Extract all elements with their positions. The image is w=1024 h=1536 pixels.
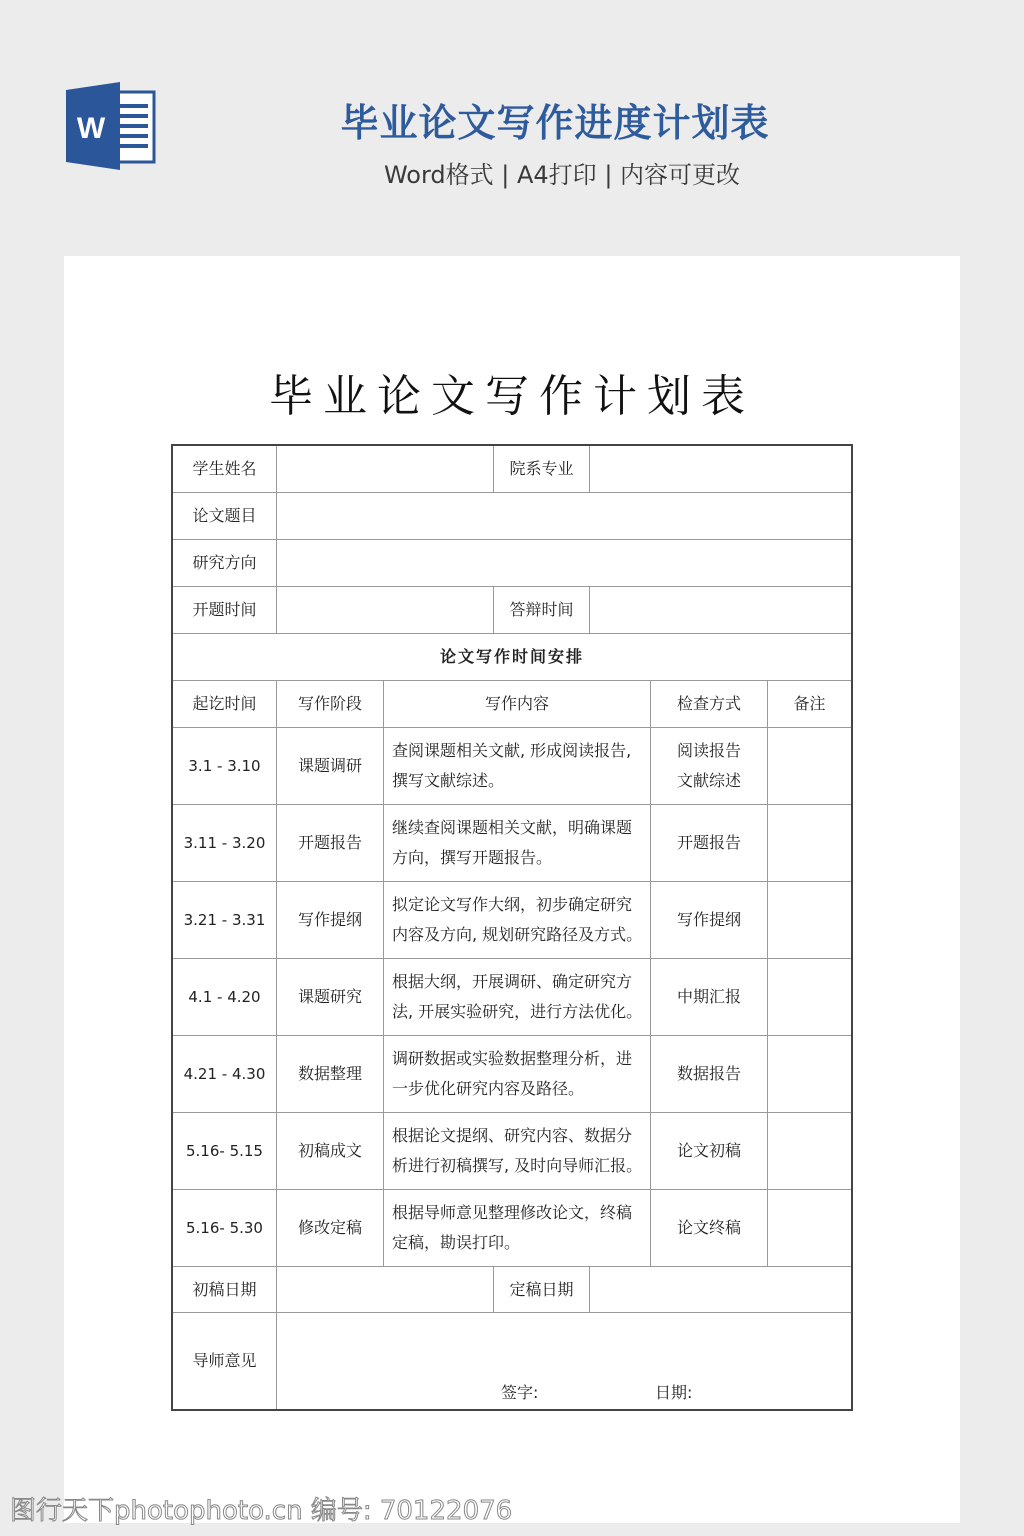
document-title: 毕业论文写作计划表 — [64, 360, 960, 424]
research-direction-label: 研究方向 — [173, 540, 277, 587]
header-period: 起讫时间 — [173, 681, 277, 728]
header-stage: 写作阶段 — [277, 681, 384, 728]
row-content-line-1: 调研数据或实验数据整理分析，进 — [392, 1044, 632, 1074]
draft-date-label: 初稿日期 — [173, 1267, 277, 1313]
row-content: 根据论文提纲、研究内容、数据分 析进行初稿撰写, 及时向导师汇报。 — [384, 1113, 651, 1190]
row-content-line-1: 拟定论文写作大纲，初步确定研究 — [392, 890, 632, 920]
student-name-field[interactable] — [277, 446, 494, 493]
row-stage: 课题研究 — [277, 959, 384, 1036]
row-content-line-2: 定稿，勘误打印。 — [392, 1228, 520, 1258]
row-check-method: 论文终稿 — [651, 1190, 768, 1267]
row-content-line-1: 查阅课题相关文献, 形成阅读报告, — [392, 736, 631, 766]
row-content-line-2: 方向，撰写开题报告。 — [392, 843, 552, 873]
row-stage: 开题报告 — [277, 805, 384, 882]
row-stage: 初稿成文 — [277, 1113, 384, 1190]
row-stage: 课题调研 — [277, 728, 384, 805]
student-name-label: 学生姓名 — [173, 446, 277, 493]
row-period: 3.21 - 3.31 — [173, 882, 277, 959]
row-check-method: 数据报告 — [651, 1036, 768, 1113]
row-content: 根据导师意见整理修改论文，终稿 定稿，勘误打印。 — [384, 1190, 651, 1267]
row-check-line-1: 阅读报告 — [677, 736, 741, 766]
row-content-line-2: 撰写文献综述。 — [392, 766, 504, 796]
row-content-line-1: 根据导师意见整理修改论文，终稿 — [392, 1198, 632, 1228]
header-check-method: 检查方式 — [651, 681, 768, 728]
banner-subtitle: Word格式 | A4打印 | 内容可更改 — [0, 155, 1024, 190]
header-notes: 备注 — [768, 681, 851, 728]
row-content: 继续查阅课题相关文献，明确课题 方向，撰写开题报告。 — [384, 805, 651, 882]
row-notes[interactable] — [768, 959, 851, 1036]
row-check-line-2: 文献综述 — [677, 766, 741, 796]
row-content-line-1: 根据大纲，开展调研、确定研究方 — [392, 967, 632, 997]
row-check-method: 论文初稿 — [651, 1113, 768, 1190]
row-period: 3.11 - 3.20 — [173, 805, 277, 882]
row-stage: 数据整理 — [277, 1036, 384, 1113]
row-notes[interactable] — [768, 1036, 851, 1113]
row-notes[interactable] — [768, 805, 851, 882]
row-period: 4.1 - 4.20 — [173, 959, 277, 1036]
watermark: 图行天下photophoto.cn 编号: 70122076 — [10, 1490, 512, 1527]
schedule-section-title: 论文写作时间安排 — [173, 634, 851, 681]
row-content: 根据大纲，开展调研、确定研究方 法, 开展实验研究，进行方法优化。 — [384, 959, 651, 1036]
research-direction-field[interactable] — [277, 540, 851, 587]
advisor-opinion-label: 导师意见 — [173, 1313, 277, 1409]
row-content-line-2: 一步优化研究内容及路径。 — [392, 1074, 584, 1104]
row-check-method: 写作提纲 — [651, 882, 768, 959]
row-period: 5.16- 5.15 — [173, 1113, 277, 1190]
thesis-title-label: 论文题目 — [173, 493, 277, 540]
row-check-method: 开题报告 — [651, 805, 768, 882]
row-notes[interactable] — [768, 882, 851, 959]
row-content: 查阅课题相关文献, 形成阅读报告, 撰写文献综述。 — [384, 728, 651, 805]
row-check-method: 阅读报告 文献综述 — [651, 728, 768, 805]
row-stage: 写作提纲 — [277, 882, 384, 959]
row-check-method: 中期汇报 — [651, 959, 768, 1036]
thesis-title-field[interactable] — [277, 493, 851, 540]
department-field[interactable] — [590, 446, 851, 493]
row-period: 3.1 - 3.10 — [173, 728, 277, 805]
row-content: 调研数据或实验数据整理分析，进 一步优化研究内容及路径。 — [384, 1036, 651, 1113]
proposal-time-label: 开题时间 — [173, 587, 277, 634]
date-label: 日期: — [655, 1380, 692, 1403]
department-label: 院系专业 — [494, 446, 590, 493]
row-period: 4.21 - 4.30 — [173, 1036, 277, 1113]
row-content: 拟定论文写作大纲，初步确定研究 内容及方向, 规划研究路径及方式。 — [384, 882, 651, 959]
draft-date-field[interactable] — [277, 1267, 494, 1313]
row-notes[interactable] — [768, 1190, 851, 1267]
header-content: 写作内容 — [384, 681, 651, 728]
row-content-line-2: 内容及方向, 规划研究路径及方式。 — [392, 920, 642, 950]
row-notes[interactable] — [768, 728, 851, 805]
defense-time-label: 答辩时间 — [494, 587, 590, 634]
plan-table: 学生姓名 院系专业 论文题目 研究方向 开题时间 答辩时间 论文写作时间安排 起… — [171, 444, 853, 1411]
row-content-line-2: 析进行初稿撰写, 及时向导师汇报。 — [392, 1151, 642, 1181]
row-stage: 修改定稿 — [277, 1190, 384, 1267]
proposal-time-field[interactable] — [277, 587, 494, 634]
banner-title: 毕业论文写作进度计划表 — [0, 92, 1024, 147]
row-notes[interactable] — [768, 1113, 851, 1190]
row-content-line-1: 继续查阅课题相关文献，明确课题 — [392, 813, 632, 843]
final-date-field[interactable] — [590, 1267, 851, 1313]
final-date-label: 定稿日期 — [494, 1267, 590, 1313]
row-content-line-2: 法, 开展实验研究，进行方法优化。 — [392, 997, 642, 1027]
advisor-opinion-field[interactable] — [277, 1313, 851, 1409]
signature-label: 签字: — [501, 1380, 538, 1403]
row-period: 5.16- 5.30 — [173, 1190, 277, 1267]
row-content-line-1: 根据论文提纲、研究内容、数据分 — [392, 1121, 632, 1151]
defense-time-field[interactable] — [590, 587, 851, 634]
